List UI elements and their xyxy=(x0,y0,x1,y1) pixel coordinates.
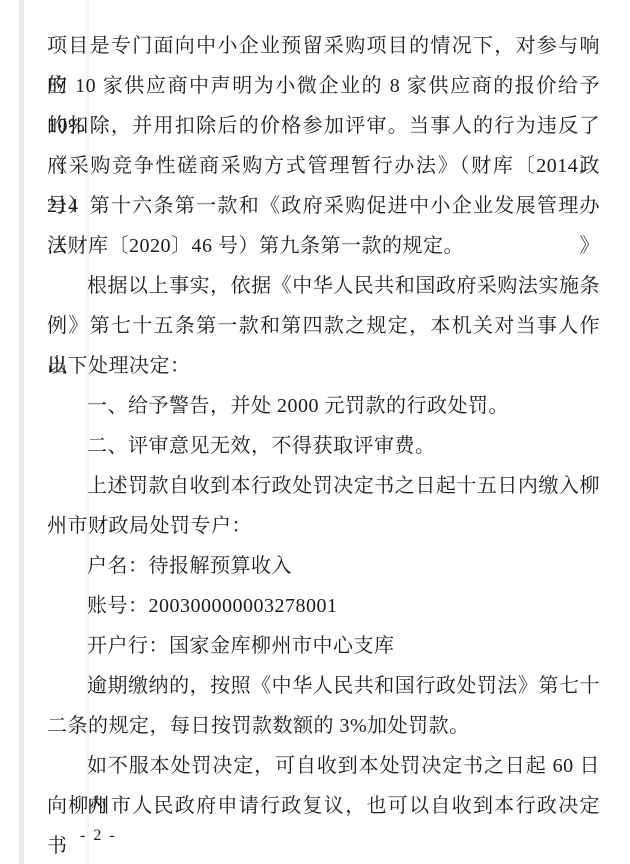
text-line: 二条的规定，每日按罚款数额的 3%加处罚款。 xyxy=(47,706,600,746)
text-line: 二、评审意见无效，不得获取评审费。 xyxy=(47,426,600,466)
text-line: 府采购竞争性磋商采购方式管理暂行办法》（财库〔2014〕214 xyxy=(47,146,600,186)
document-page: 项目是专门面向中小企业预留采购项目的情况下，对参与响应的 10 家供应商中声明为… xyxy=(0,0,630,864)
page-number: - 2 - xyxy=(47,824,600,848)
text-line: 账号：200300000003278001 xyxy=(47,586,600,626)
text-line: 以下处理决定： xyxy=(47,346,600,386)
text-line: 户名：待报解预算收入 xyxy=(47,546,600,586)
text-line: 向柳州市人民政府申请行政复议，也可以自收到本行政决定书 xyxy=(47,786,600,826)
text-line: 的扣除，并用扣除后的价格参加评审。当事人的行为违反了《政 xyxy=(47,106,600,146)
text-line: 的 10 家供应商中声明为小微企业的 8 家供应商的报价给予 10% xyxy=(47,66,600,106)
text-line: 例》第七十五条第一款和第四款之规定，本机关对当事人作出 xyxy=(47,306,600,346)
text-line: 根据以上事实，依据《中华人民共和国政府采购法实施条 xyxy=(47,266,600,306)
text-line: 号）第十六条第一款和《政府采购促进中小企业发展管理办法》 xyxy=(47,186,600,226)
scan-streak xyxy=(19,0,24,864)
text-line: 一、给予警告，并处 2000 元罚款的行政处罚。 xyxy=(47,386,600,426)
text-lines: 项目是专门面向中小企业预留采购项目的情况下，对参与响应的 10 家供应商中声明为… xyxy=(47,26,600,826)
text-line: 项目是专门面向中小企业预留采购项目的情况下，对参与响应 xyxy=(47,26,600,66)
text-line: 州市财政局处罚专户： xyxy=(47,506,600,546)
text-line: 逾期缴纳的，按照《中华人民共和国行政处罚法》第七十 xyxy=(47,666,600,706)
text-line: 开户行：国家金库柳州市中心支库 xyxy=(47,626,600,666)
document-text-block: 项目是专门面向中小企业预留采购项目的情况下，对参与响应的 10 家供应商中声明为… xyxy=(47,26,600,848)
text-line: 上述罚款自收到本行政处罚决定书之日起十五日内缴入柳 xyxy=(47,466,600,506)
text-line: 如不服本处罚决定，可自收到本处罚决定书之日起 60 日内 xyxy=(47,746,600,786)
